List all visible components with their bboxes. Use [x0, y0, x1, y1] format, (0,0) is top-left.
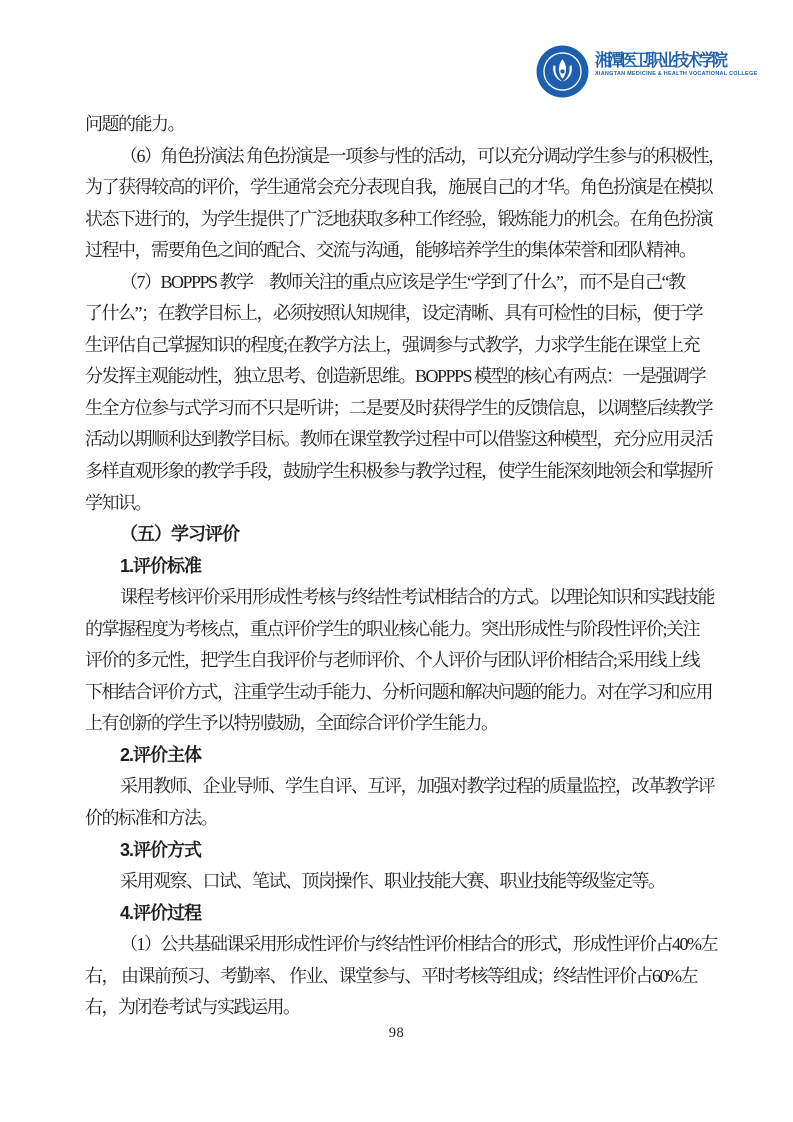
text-line: 为了获得较高的评价，学生通常会充分表现自我，施展自己的才华。角色扮演是在模拟 [85, 172, 709, 204]
text-line: 问题的能力。 [85, 109, 709, 141]
text-line: 课程考核评价采用形成性考核与终结性考试相结合的方式。以理论知识和实践技能 [85, 582, 709, 614]
text-line: 了什么”；在教学目标上，必须按照认知规律，设定清晰、具有可检性的目标，便于学 [85, 298, 709, 330]
text-line: 生全方位参与式学习而不只是听讲；二是要及时获得学生的反馈信息，以调整后续教学 [85, 393, 709, 425]
heading-line: 4.评价过程 [85, 898, 709, 930]
heading-line: （五）学习评价 [85, 519, 709, 551]
document-page: 湘潭医卫职业技术学院 XIANGTAN MEDICINE & HEALTH VO… [0, 0, 793, 1122]
college-name-block: 湘潭医卫职业技术学院 XIANGTAN MEDICINE & HEALTH VO… [595, 45, 757, 78]
heading-line: 2.评价主体 [85, 740, 709, 772]
text-line: （6）角色扮演法 角色扮演是一项参与性的活动，可以充分调动学生参与的积极性， [85, 141, 709, 173]
text-line: 价的标准和方法。 [85, 803, 709, 835]
text-line: 状态下进行的，为学生提供了广泛地获取多种工作经验，锻炼能力的机会。在角色扮演 [85, 204, 709, 236]
college-emblem-icon [536, 45, 589, 98]
text-line: 学知识。 [85, 488, 709, 520]
text-line: 多样直观形象的教学手段，鼓励学生积极参与教学过程，使学生能深刻地领会和掌握所 [85, 456, 709, 488]
text-line: 评价的多元性，把学生自我评价与老师评价、个人评价与团队评价相结合;采用线上线 [85, 645, 709, 677]
text-line: 的掌握程度为考核点，重点评价学生的职业核心能力。突出形成性与阶段性评价;关注 [85, 614, 709, 646]
text-line: 采用观察、口试、笔试、顶岗操作、职业技能大赛、职业技能等级鉴定等。 [85, 866, 709, 898]
text-line: 过程中，需要角色之间的配合、交流与沟通，能够培养学生的集体荣誉和团队精神。 [85, 235, 709, 267]
text-line: 右，为闭卷考试与实践运用。 [85, 992, 709, 1024]
text-line: 生评估自己掌握知识的程度;在教学方法上，强调参与式教学，力求学生能在课堂上充 [85, 330, 709, 362]
text-line: 活动以期顺利达到教学目标。教师在课堂教学过程中可以借鉴这种模型，充分应用灵活 [85, 424, 709, 456]
text-line: 右， 由课前预习、考勤率、 作业、课堂参与、平时考核等组成；终结性评价占60%左 [85, 961, 709, 993]
page-number: 98 [0, 1025, 793, 1042]
text-line: （1）公共基础课采用形成性评价与终结性评价相结合的形式，形成性评价占40%左 [85, 929, 709, 961]
college-name-en: XIANGTAN MEDICINE & HEALTH VOCATIONAL CO… [595, 71, 757, 78]
heading-line: 3.评价方式 [85, 835, 709, 867]
text-line: 下相结合评价方式，注重学生动手能力、分析问题和解决问题的能力。对在学习和应用 [85, 677, 709, 709]
document-body: 问题的能力。（6）角色扮演法 角色扮演是一项参与性的活动，可以充分调动学生参与的… [85, 109, 709, 1024]
college-name-zh: 湘潭医卫职业技术学院 [595, 52, 757, 71]
text-line: 上有创新的学生予以特别鼓励，全面综合评价学生能力。 [85, 708, 709, 740]
text-line: 分发挥主观能动性，独立思考、创造新思维。BOPPPS 模型的核心有两点：一是强调… [85, 361, 709, 393]
heading-line: 1.评价标准 [85, 551, 709, 583]
college-logo: 湘潭医卫职业技术学院 XIANGTAN MEDICINE & HEALTH VO… [536, 45, 757, 98]
text-line: 采用教师、企业导师、学生自评、互评，加强对教学过程的质量监控，改革教学评 [85, 771, 709, 803]
text-line: （7）BOPPPS 教学 教师关注的重点应该是学生“学到了什么”，而不是自己“教 [85, 267, 709, 299]
